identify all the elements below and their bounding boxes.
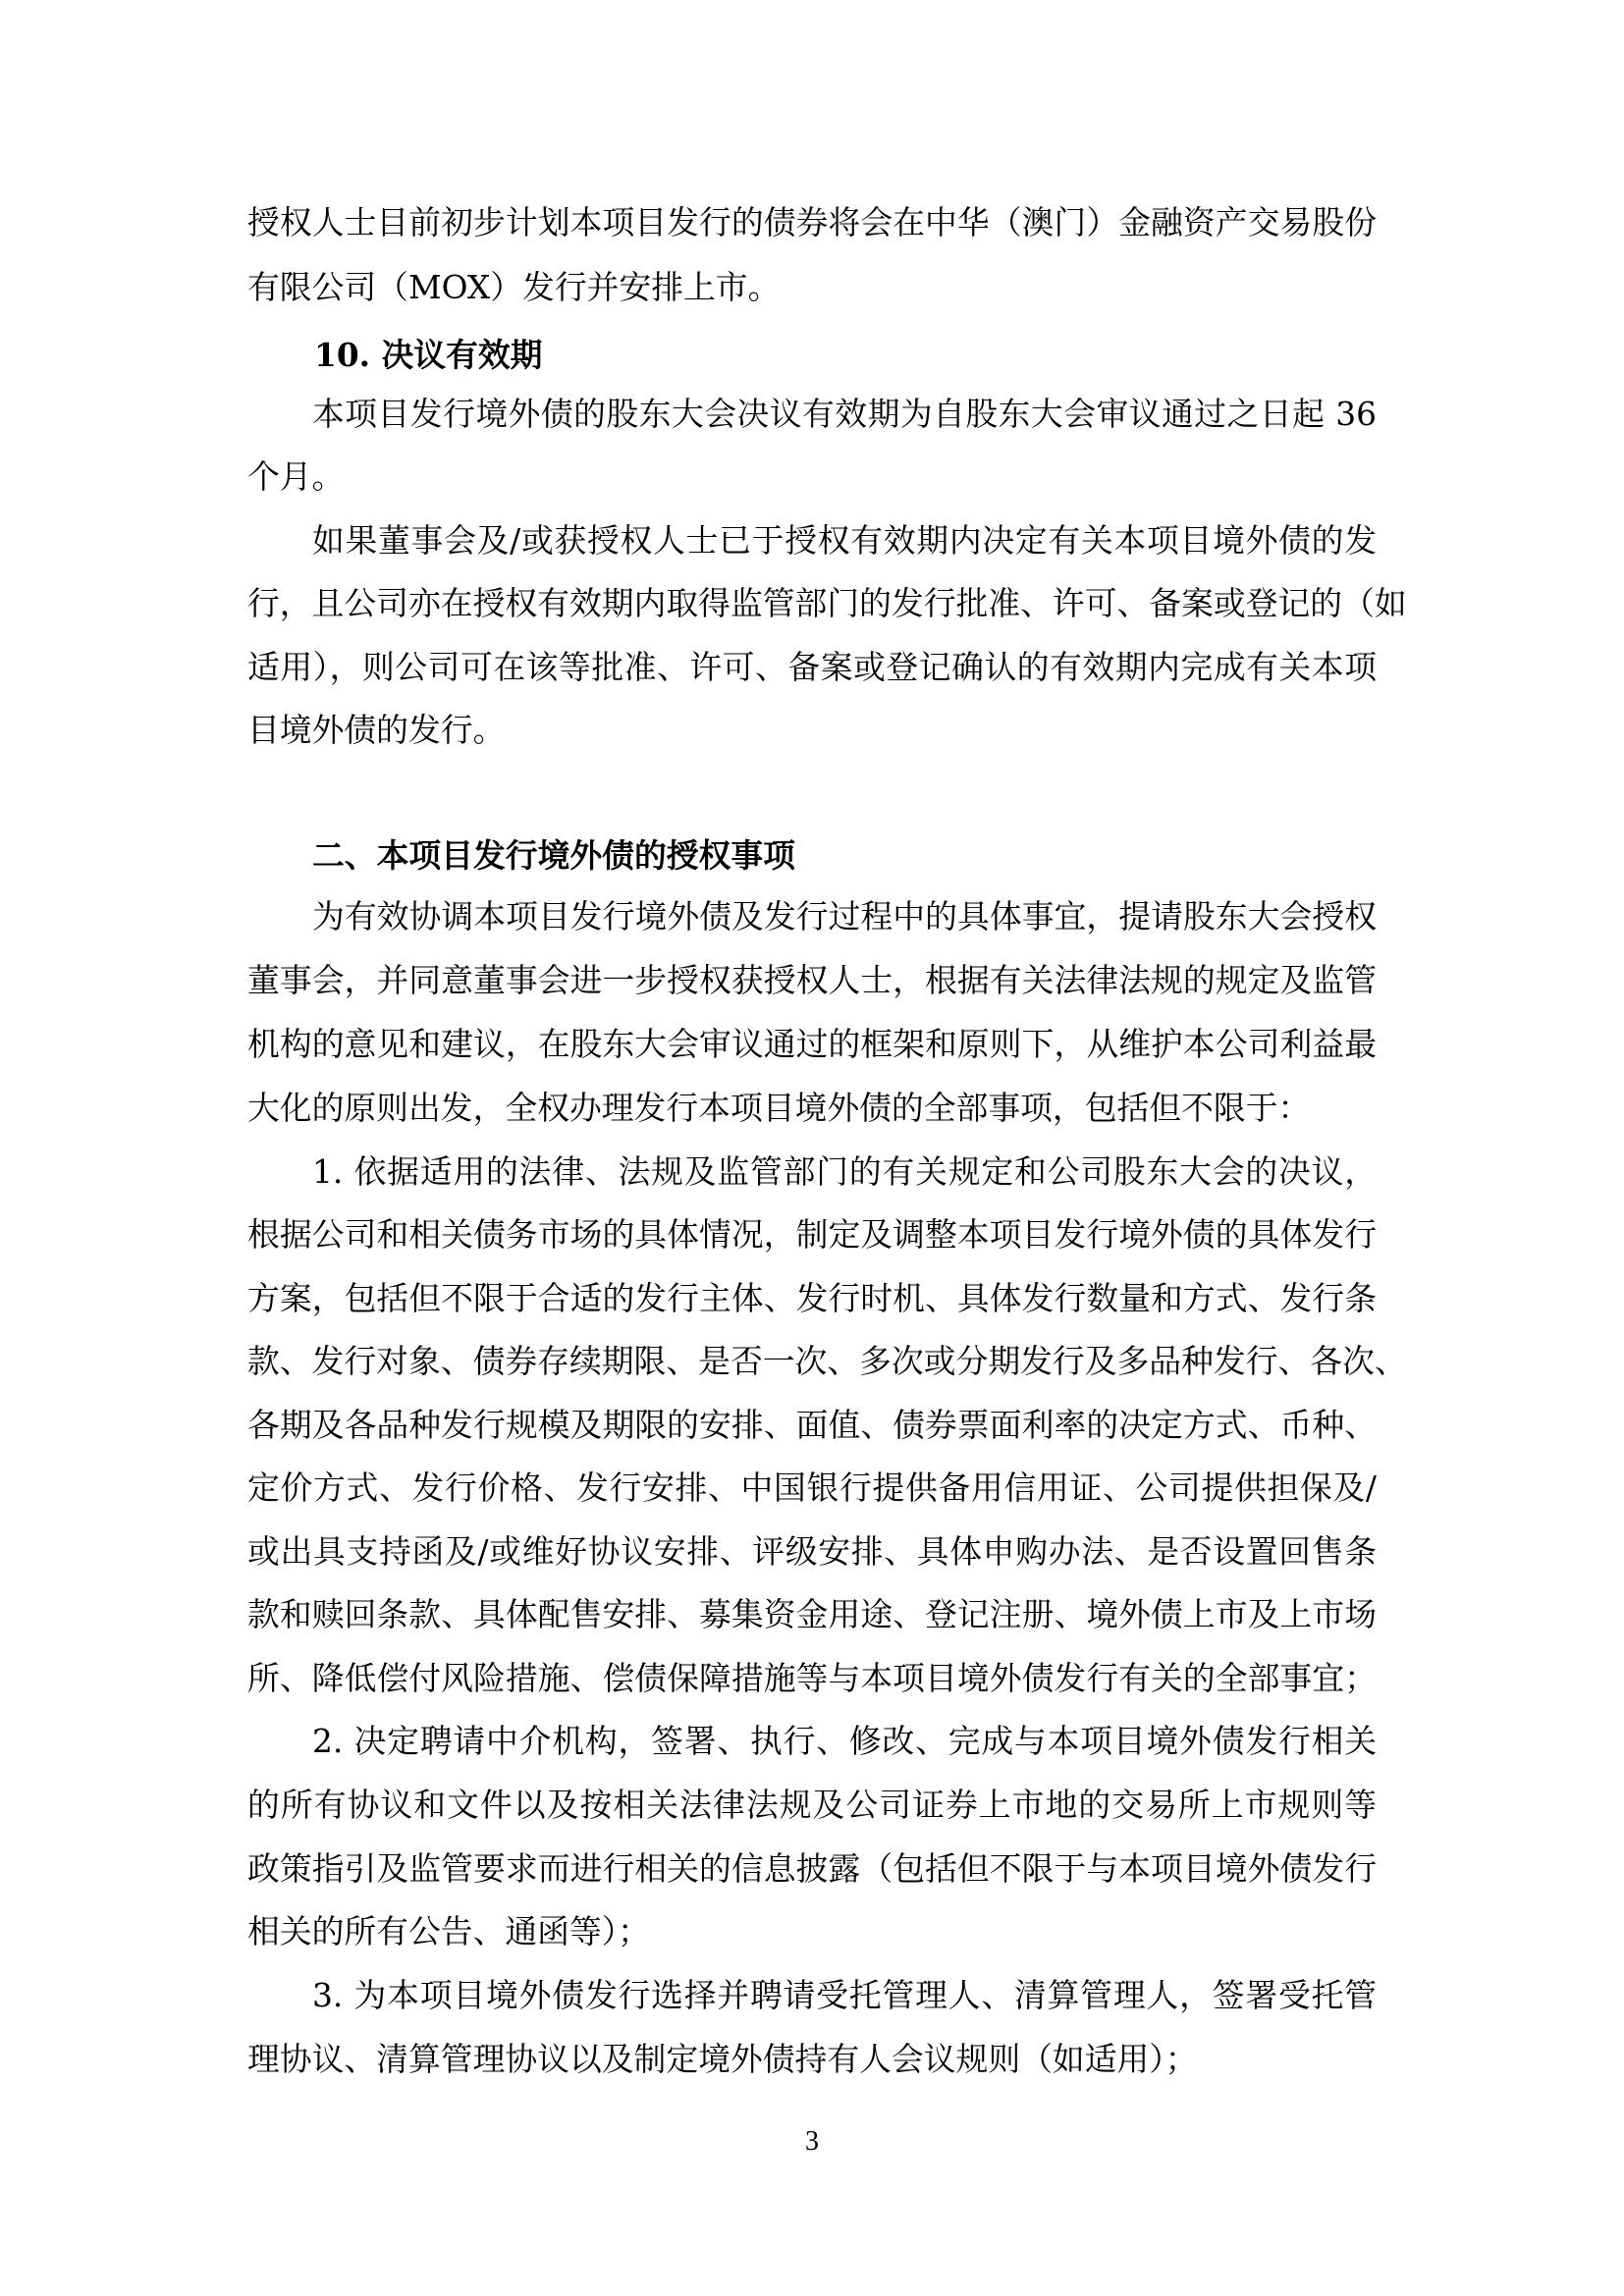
paragraph-line: 适用），则公司可在该等批准、许可、备案或登记确认的有效期内完成有关本项: [247, 648, 1377, 687]
list-item-1-line: 1. 依据适用的法律、法规及监管部门的有关规定和公司股东大会的决议，: [312, 1152, 1377, 1192]
section-heading-10: 10. 决议有效期: [314, 336, 1375, 375]
paragraph-line: 本项目发行境外债的股东大会决议有效期为自股东大会审议通过之日起 36: [312, 395, 1377, 434]
list-item-1-line: 款、发行对象、债券存续期限、是否一次、多次或分期发行及多品种发行、各次、: [247, 1342, 1377, 1381]
page-number: 3: [785, 2126, 839, 2158]
paragraph-line: 行，且公司亦在授权有效期内取得监管部门的发行批准、许可、备案或登记的（如: [247, 584, 1377, 623]
list-item-1-line: 根据公司和相关债务市场的具体情况，制定及调整本项目发行境外债的具体发行: [247, 1215, 1377, 1255]
list-item-1-line: 或出具支持函及/或维好协议安排、评级安排、具体申购办法、是否设置回售条: [247, 1532, 1377, 1572]
paragraph-line: 授权人士目前初步计划本项目发行的债券将会在中华（澳门）金融资产交易股份: [247, 203, 1377, 242]
paragraph-line: 大化的原则出发，全权办理发行本项目境外债的全部事项，包括但不限于：: [247, 1089, 1377, 1128]
paragraph-line: 目境外债的发行。: [247, 711, 1377, 750]
list-item-1-line: 定价方式、发行价格、发行安排、中国银行提供备用信用证、公司提供担保及/: [247, 1468, 1377, 1508]
list-item-1-line: 方案，包括但不限于合适的发行主体、发行时机、具体发行数量和方式、发行条: [247, 1279, 1377, 1318]
paragraph-line: 为有效协调本项目发行境外债及发行过程中的具体事宜，提请股东大会授权: [312, 897, 1377, 936]
list-item-2-line: 政策指引及监管要求而进行相关的信息披露（包括但不限于与本项目境外债发行: [247, 1849, 1377, 1889]
list-item-1-line: 所、降低偿付风险措施、偿债保障措施等与本项目境外债发行有关的全部事宜；: [247, 1659, 1377, 1698]
list-item-1-line: 款和赎回条款、具体配售安排、募集资金用途、登记注册、境外债上市及上市场: [247, 1595, 1377, 1634]
section-heading-2: 二、本项目发行境外债的授权事项: [312, 836, 1377, 876]
paragraph-line: 如果董事会及/或获授权人士已于授权有效期内决定有关本项目境外债的发: [312, 521, 1377, 561]
list-item-3-line: 3. 为本项目境外债发行选择并聘请受托管理人、清算管理人，签署受托管: [312, 1976, 1377, 2015]
list-item-3-line: 理协议、清算管理协议以及制定境外债持有人会议规则（如适用）；: [247, 2040, 1377, 2079]
list-item-1-line: 各期及各品种发行规模及期限的安排、面值、债券票面利率的决定方式、币种、: [247, 1406, 1377, 1445]
paragraph-line: 个月。: [247, 457, 1377, 497]
paragraph-line: 董事会，并同意董事会进一步授权获授权人士，根据有关法律法规的规定及监管: [247, 961, 1377, 1000]
paragraph-line: 机构的意见和建议，在股东大会审议通过的框架和原则下，从维护本公司利益最: [247, 1025, 1377, 1064]
list-item-2-line: 的所有协议和文件以及按相关法律法规及公司证券上市地的交易所上市规则等: [247, 1786, 1377, 1825]
document-page: 授权人士目前初步计划本项目发行的债券将会在中华（澳门）金融资产交易股份 有限公司…: [0, 0, 1624, 2296]
list-item-2-line: 相关的所有公告、通函等）；: [247, 1912, 1377, 1951]
list-item-2-line: 2. 决定聘请中介机构，签署、执行、修改、完成与本项目境外债发行相关: [312, 1722, 1377, 1761]
paragraph-line: 有限公司（MOX）发行并安排上市。: [247, 268, 1377, 307]
